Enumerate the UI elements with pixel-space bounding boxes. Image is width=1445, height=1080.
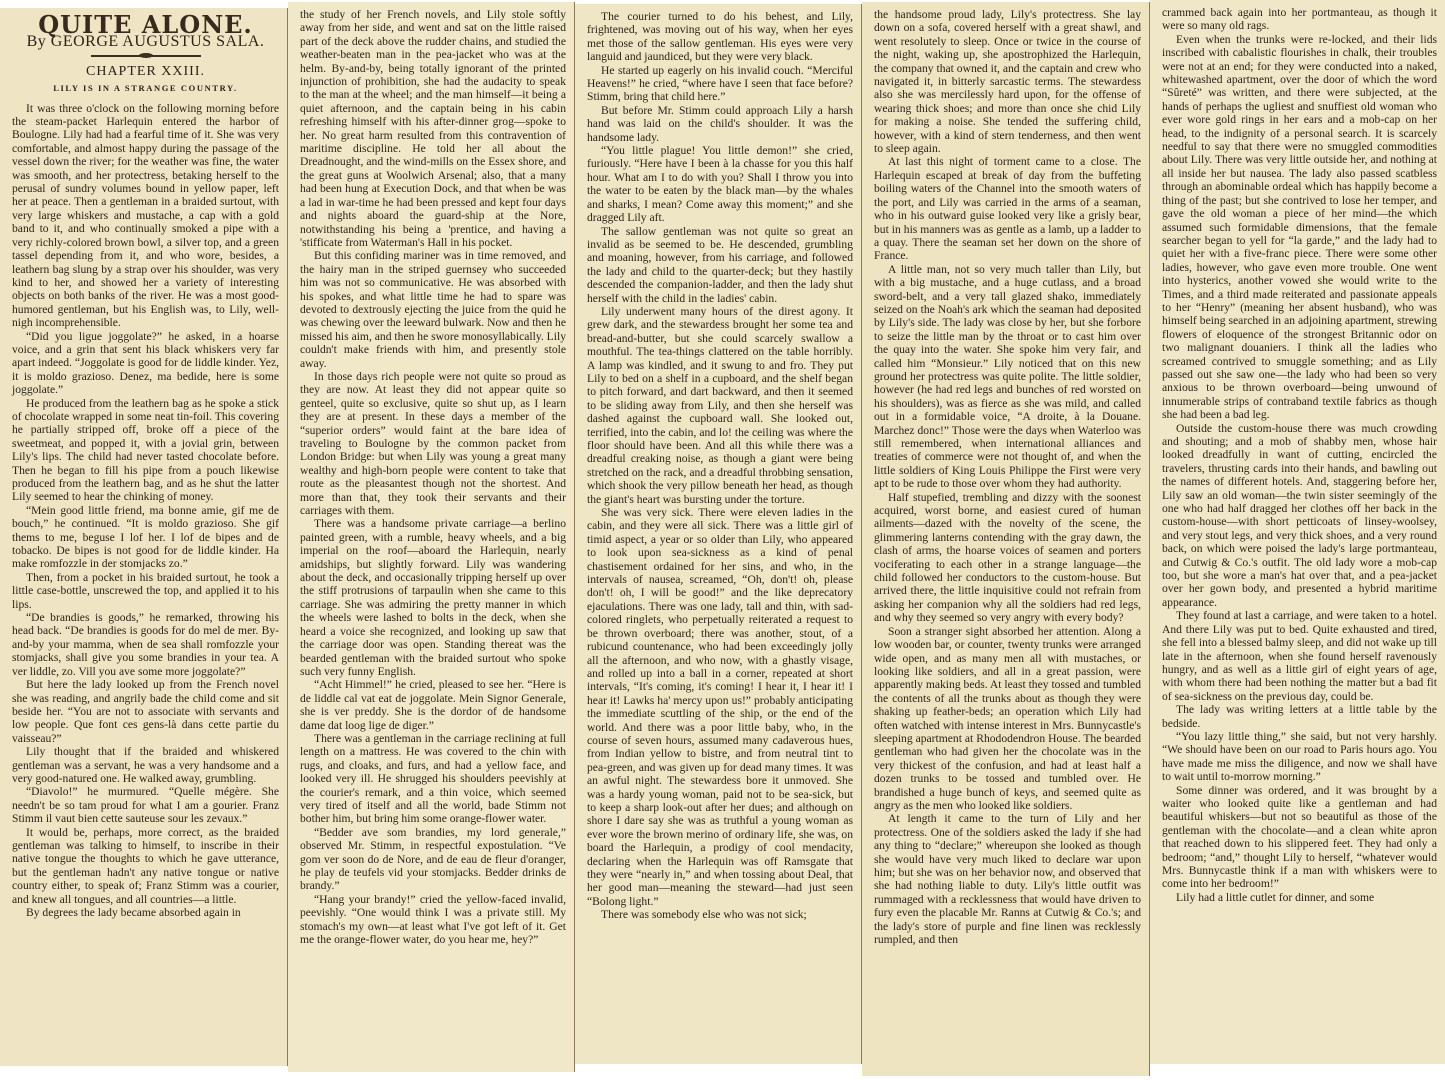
paragraph: Soon a stranger sight absorbed her atten… (874, 625, 1141, 813)
paragraph: It would be, perhaps, more correct, as t… (12, 826, 279, 906)
paragraph: “You little plague! You little demon!” s… (587, 144, 853, 224)
column-text: The courier turned to do his behest, and… (587, 10, 853, 922)
chapter-subtitle: LILY IS IN A STRANGE COUNTRY. (12, 82, 279, 95)
column-1: QUITE ALONE. By GEORGE AUGUSTUS SALA. CH… (0, 8, 288, 1066)
column-3: The courier turned to do his behest, and… (575, 4, 862, 1064)
ornamental-rule-icon (91, 55, 201, 57)
column-text: It was three o'clock on the following mo… (12, 102, 279, 920)
paragraph: The courier turned to do his behest, and… (587, 10, 853, 64)
paragraph: At length it came to the turn of Lily an… (874, 812, 1141, 946)
column-2: the study of her French novels, and Lily… (288, 2, 575, 1072)
paragraph: Then, from a pocket in his braided surto… (12, 571, 279, 611)
paragraph: the handsome proud lady, Lily's protectr… (874, 8, 1141, 155)
paragraph: “Diavolo!” he murmured. “Quelle mégère. … (12, 785, 279, 825)
paragraph: A little man, not so very much taller th… (874, 263, 1141, 491)
paragraph: There was somebody else who was not sick… (587, 908, 853, 921)
paragraph: He started up eagerly on his invalid cou… (587, 64, 853, 104)
newspaper-clipping: QUITE ALONE. By GEORGE AUGUSTUS SALA. CH… (0, 0, 1445, 1080)
paragraph: Even when the trunks were re-locked, and… (1162, 33, 1437, 422)
paragraph: At last this night of torment came to a … (874, 155, 1141, 262)
paragraph: “Did you ligue joggolate?” he asked, in … (12, 330, 279, 397)
column-text: the study of her French novels, and Lily… (300, 8, 566, 946)
paragraph: The sallow gentleman was not quite so gr… (587, 225, 853, 305)
paragraph: The lady was writing letters at a little… (1162, 703, 1437, 730)
paragraph: “De brandies is goods,” he remarked, thr… (12, 611, 279, 678)
paragraph: By degrees the lady became absorbed agai… (12, 906, 279, 919)
paragraph: “Hang your brandy!” cried the yellow-fac… (300, 893, 566, 947)
paragraph: But before Mr. Stimm could approach Lily… (587, 104, 853, 144)
column-5: crammed back again into her portmanteau,… (1150, 0, 1445, 1064)
column-text: crammed back again into her portmanteau,… (1162, 6, 1437, 904)
paragraph: Lily underwent many hours of the direst … (587, 305, 853, 506)
paragraph: They found at last a carriage, and were … (1162, 609, 1437, 703)
paragraph: Half stupefied, trembling and dizzy with… (874, 491, 1141, 625)
chapter-heading: CHAPTER XXIII. (12, 65, 279, 78)
paragraph: crammed back again into her portmanteau,… (1162, 6, 1437, 33)
paragraph: Lily thought that if the braided and whi… (12, 745, 279, 785)
paragraph: Lily had a little cutlet for dinner, and… (1162, 891, 1437, 904)
paragraph: the study of her French novels, and Lily… (300, 8, 566, 249)
column-4: the handsome proud lady, Lily's protectr… (862, 2, 1150, 1076)
paragraph: Outside the custom-house there was much … (1162, 422, 1437, 610)
paragraph: But here the lady looked up from the Fre… (12, 678, 279, 745)
column-text: the handsome proud lady, Lily's protectr… (874, 8, 1141, 946)
paragraph: It was three o'clock on the following mo… (12, 102, 279, 330)
paragraph: She was very sick. There were eleven lad… (587, 506, 853, 908)
paragraph: There was a gentleman in the carriage re… (300, 732, 566, 826)
paragraph: He produced from the leathern bag as he … (12, 397, 279, 504)
paragraph: But this confiding mariner was in time r… (300, 249, 566, 370)
paragraph: In those days rich people were not quite… (300, 370, 566, 517)
paragraph: “Mein good little friend, ma bonne amie,… (12, 504, 279, 571)
story-byline: By GEORGE AUGUSTUS SALA. (12, 35, 279, 48)
paragraph: Some dinner was ordered, and it was brou… (1162, 784, 1437, 891)
paragraph: “Acht Himmel!” he cried, pleased to see … (300, 678, 566, 732)
paragraph: “Bedder ave som brandies, my lord genera… (300, 826, 566, 893)
paragraph: “You lazy little thing,” she said, but n… (1162, 730, 1437, 784)
paragraph: There was a handsome private carriage—a … (300, 517, 566, 678)
story-title: QUITE ALONE. (12, 18, 279, 31)
